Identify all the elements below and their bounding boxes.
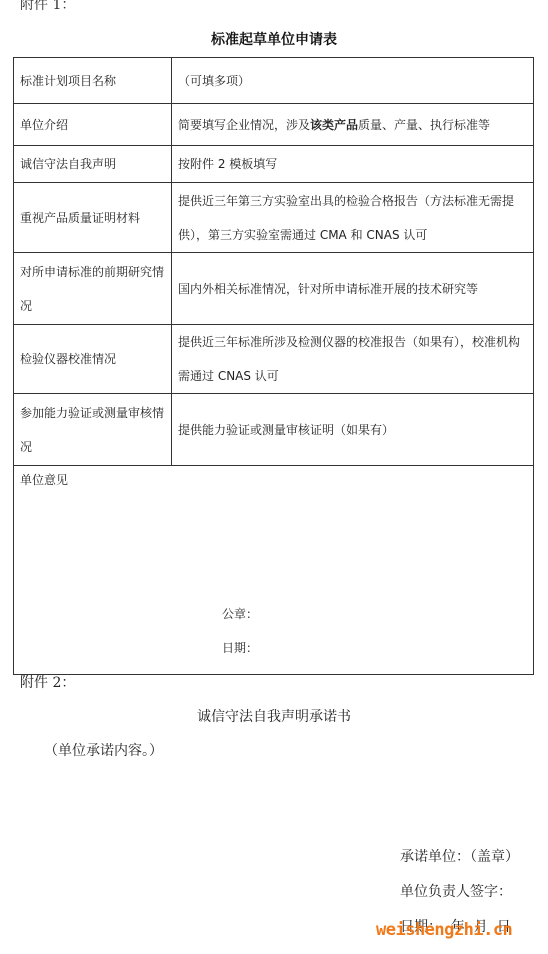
application-form-table: 标准计划项目名称 （可填多项） 单位介绍 简要填写企业情况，涉及该类产品质量、产… [13, 57, 534, 675]
signature-person: 单位负责人签字： [400, 881, 512, 901]
signature-unit: 承诺单位：（盖章） [400, 846, 519, 866]
row-value[interactable]: （可填多项） [172, 58, 534, 104]
row-label: 对所申请标准的前期研究情况 [14, 253, 172, 325]
declaration-title: 诚信守法自我声明承诺书 [0, 706, 548, 726]
row-value[interactable]: 提供能力验证或测量审核证明（如果有） [172, 394, 534, 466]
opinion-cell[interactable]: 单位意见 公章： 日期： [14, 466, 534, 675]
annex1-label: 附件 1： [20, 0, 75, 14]
row-label: 参加能力验证或测量审核情况 [14, 394, 172, 466]
watermark: weishengzhi.cn [376, 920, 512, 940]
form-title: 标准起草单位申请表 [0, 29, 548, 49]
value-text: 质量、产量、执行标准等 [358, 118, 490, 132]
table-row: 对所申请标准的前期研究情况 国内外相关标准情况，针对所申请标准开展的技术研究等 [14, 253, 534, 325]
seal-label: 公章： [222, 604, 258, 624]
row-label: 重视产品质量证明材料 [14, 183, 172, 253]
row-value[interactable]: 提供近三年第三方实验室出具的检验合格报告（方法标准无需提供），第三方实验室需通过… [172, 183, 534, 253]
table-row: 参加能力验证或测量审核情况 提供能力验证或测量审核证明（如果有） [14, 394, 534, 466]
row-label: 诚信守法自我声明 [14, 146, 172, 183]
row-value[interactable]: 简要填写企业情况，涉及该类产品质量、产量、执行标准等 [172, 104, 534, 146]
annex2-label: 附件 2： [20, 672, 75, 692]
row-value[interactable]: 按附件 2 模板填写 [172, 146, 534, 183]
date-label: 日期： [222, 638, 258, 658]
opinion-label: 单位意见 [20, 470, 68, 490]
table-row: 标准计划项目名称 （可填多项） [14, 58, 534, 104]
table-row: 重视产品质量证明材料 提供近三年第三方实验室出具的检验合格报告（方法标准无需提供… [14, 183, 534, 253]
value-highlight: 该类产品 [310, 118, 358, 132]
row-value[interactable]: 提供近三年标准所涉及检测仪器的校准报告（如果有），校准机构需通过 CNAS 认可 [172, 325, 534, 394]
value-text: 简要填写企业情况，涉及 [178, 118, 310, 132]
row-label: 单位介绍 [14, 104, 172, 146]
declaration-content: （单位承诺内容。） [44, 740, 163, 760]
table-row: 检验仪器校准情况 提供近三年标准所涉及检测仪器的校准报告（如果有），校准机构需通… [14, 325, 534, 394]
table-row: 单位介绍 简要填写企业情况，涉及该类产品质量、产量、执行标准等 [14, 104, 534, 146]
row-value[interactable]: 国内外相关标准情况，针对所申请标准开展的技术研究等 [172, 253, 534, 325]
row-label: 标准计划项目名称 [14, 58, 172, 104]
row-label: 检验仪器校准情况 [14, 325, 172, 394]
table-row: 诚信守法自我声明 按附件 2 模板填写 [14, 146, 534, 183]
opinion-row: 单位意见 公章： 日期： [14, 466, 534, 675]
